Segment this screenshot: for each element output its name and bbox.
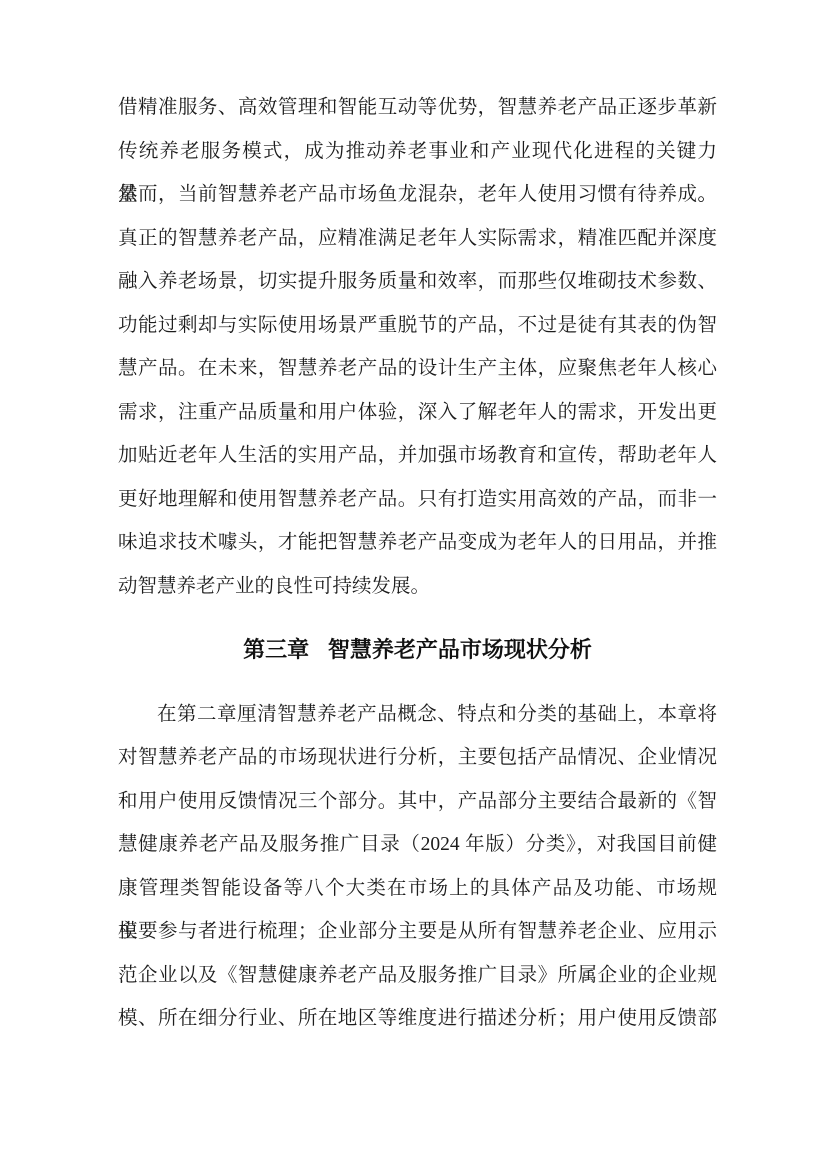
body-text-line: 更好地理解和使用智慧养老产品。只有打造实用高效的产品，而非一 bbox=[118, 478, 717, 522]
body-text-line: 模、所在细分行业、所在地区等维度进行描述分析；用户使用反馈部 bbox=[118, 997, 717, 1041]
body-text-line: 味追求技术噱头，才能把智慧养老产品变成为老年人的日用品，并推 bbox=[118, 521, 717, 565]
body-text-line: 融入养老场景，切实提升服务质量和效率，而那些仅堆砌技术参数、 bbox=[118, 260, 717, 304]
paragraph-continuation: 借精准服务、高效管理和智能互动等优势，智慧养老产品正逐步革新 传统养老服务模式，… bbox=[118, 86, 717, 608]
body-text-line: 和用户使用反馈情况三个部分。其中，产品部分主要结合最新的《智 bbox=[118, 780, 717, 824]
body-text-line: 范企业以及《智慧健康养老产品及服务推广目录》所属企业的企业规 bbox=[118, 954, 717, 998]
body-text-line: 然而，当前智慧养老产品市场鱼龙混杂，老年人使用习惯有待养成。 bbox=[118, 173, 717, 217]
body-text-line: 传统养老服务模式，成为推动养老事业和产业现代化进程的关键力量。 bbox=[118, 130, 717, 174]
paragraph-chapter-overview: 在第二章厘清智慧养老产品概念、特点和分类的基础上，本章将 对智慧养老产品的市场现… bbox=[118, 693, 717, 1041]
body-text-line: 加贴近老年人生活的实用产品，并加强市场教育和宣传，帮助老年人 bbox=[118, 434, 717, 478]
body-text-line: 动智慧养老产业的良性可持续发展。 bbox=[118, 565, 717, 609]
chapter-heading: 第三章智慧养老产品市场现状分析 bbox=[118, 628, 717, 672]
body-text-line: 康管理类智能设备等八个大类在市场上的具体产品及功能、市场规模、 bbox=[118, 867, 717, 911]
body-text-line: 主要参与者进行梳理；企业部分主要是从所有智慧养老企业、应用示 bbox=[118, 910, 717, 954]
body-text-line: 借精准服务、高效管理和智能互动等优势，智慧养老产品正逐步革新 bbox=[118, 86, 717, 130]
page-body: 借精准服务、高效管理和智能互动等优势，智慧养老产品正逐步革新 传统养老服务模式，… bbox=[118, 86, 717, 1041]
body-text-line: 功能过剩却与实际使用场景严重脱节的产品，不过是徒有其表的伪智 bbox=[118, 304, 717, 348]
body-text-line: 慧产品。在未来，智慧养老产品的设计生产主体，应聚焦老年人核心 bbox=[118, 347, 717, 391]
body-text-line: 真正的智慧养老产品，应精准满足老年人实际需求，精准匹配并深度 bbox=[118, 217, 717, 261]
body-text-line: 需求，注重产品质量和用户体验，深入了解老年人的需求，开发出更 bbox=[118, 391, 717, 435]
body-text-line: 在第二章厘清智慧养老产品概念、特点和分类的基础上，本章将 bbox=[118, 693, 717, 737]
body-text-line: 对智慧养老产品的市场现状进行分析，主要包括产品情况、企业情况 bbox=[118, 736, 717, 780]
document-page: 借精准服务、高效管理和智能互动等优势，智慧养老产品正逐步革新 传统养老服务模式，… bbox=[0, 0, 827, 1169]
body-text-line: 慧健康养老产品及服务推广目录（2024 年版）分类》，对我国目前健 bbox=[118, 823, 717, 867]
chapter-title: 智慧养老产品市场现状分析 bbox=[328, 637, 592, 662]
chapter-number: 第三章 bbox=[243, 637, 309, 662]
